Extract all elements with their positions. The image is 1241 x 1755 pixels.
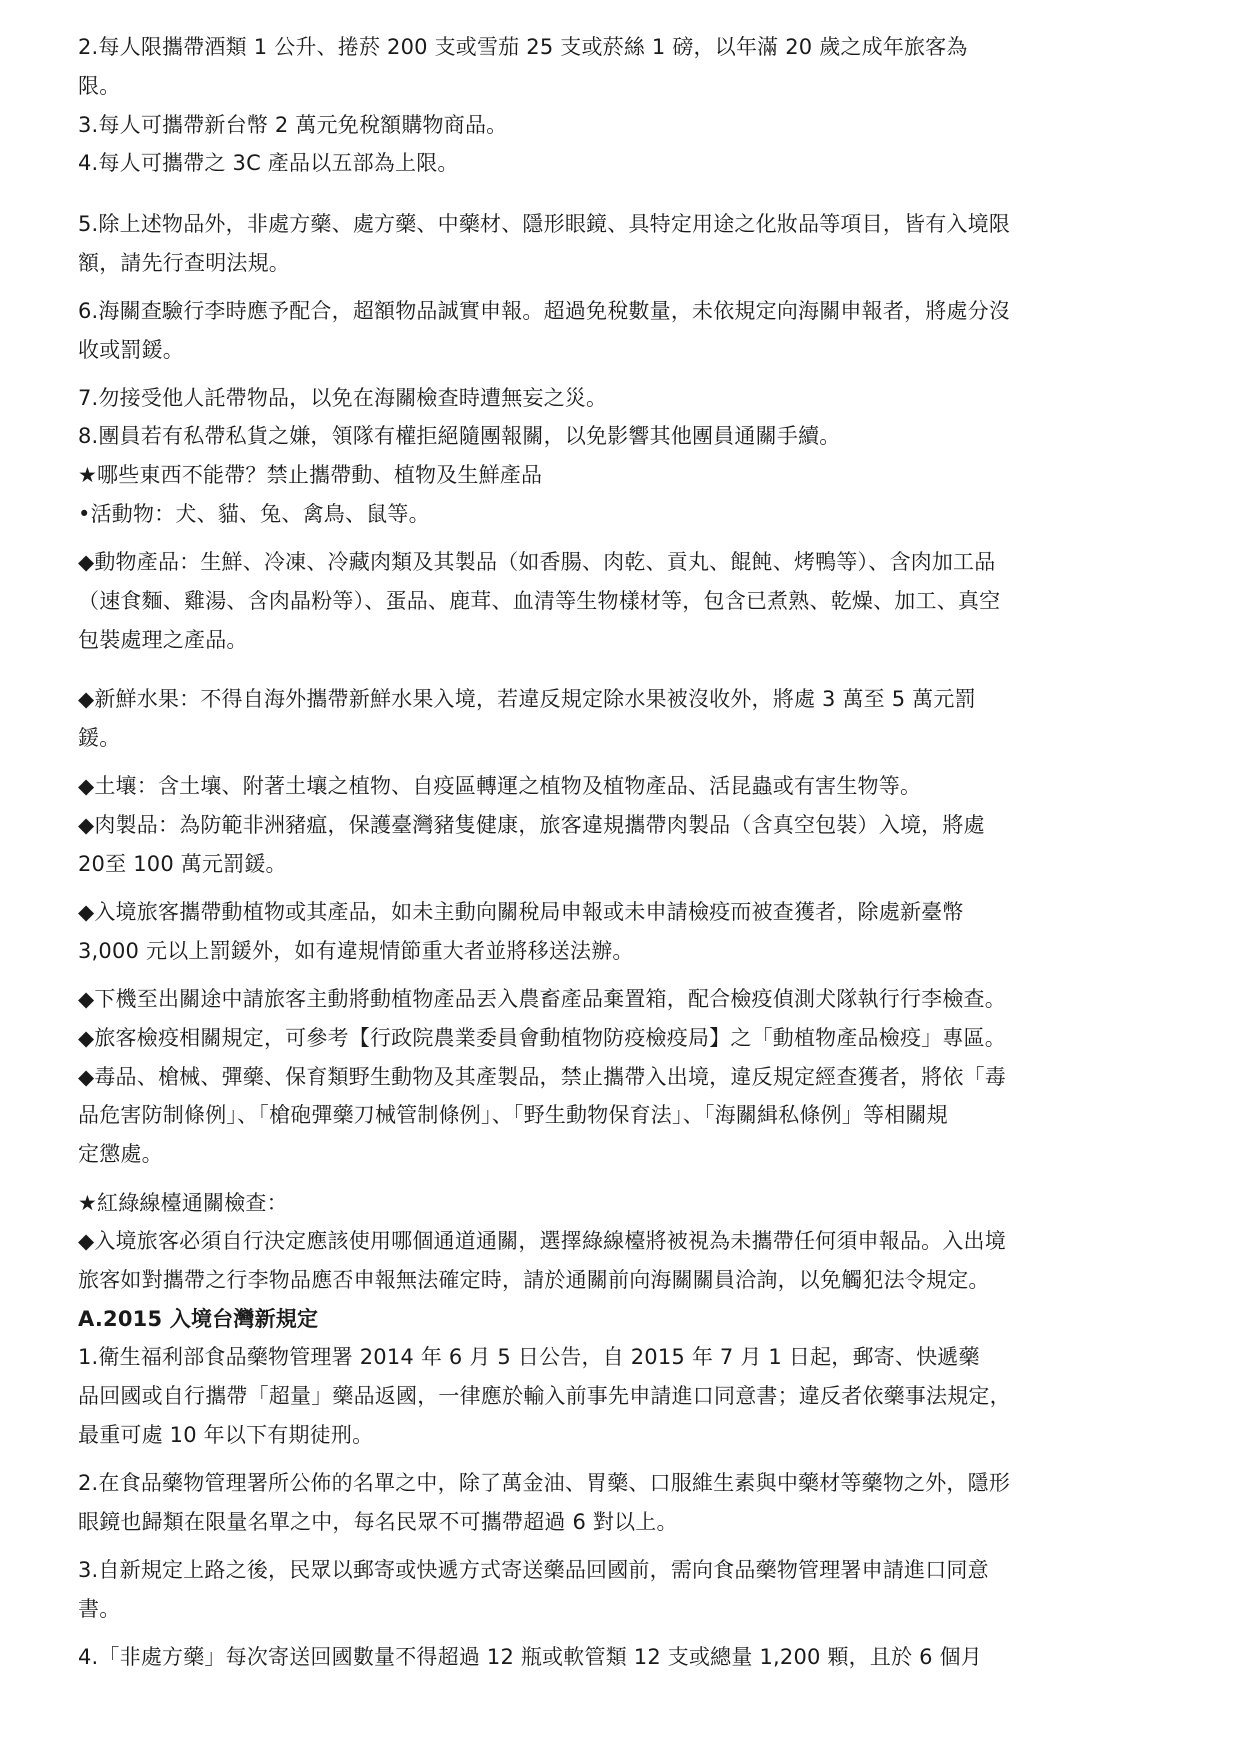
text-line: ◆肉製品：為防範非洲豬瘟，保護臺灣豬隻健康，旅客違規攜帶肉製品（含真空包裝）入境… — [78, 811, 985, 839]
text-line: 品回國或自行攜帶「超量」藥品返國，一律應於輸入前事先申請進口同意書；違反者依藥事… — [78, 1382, 1011, 1410]
text-line: 鍰。 — [78, 724, 120, 752]
text-line: 限。 — [78, 72, 120, 100]
text-line: ◆土壤：含土壤、附著土壤之植物、自疫區轉運之植物及植物產品、活昆蟲或有害生物等。 — [78, 772, 921, 800]
text-line: 3.自新規定上路之後，民眾以郵寄或快遞方式寄送藥品回國前，需向食品藥物管理署申請… — [78, 1556, 989, 1584]
text-line: 眼鏡也歸類在限量名單之中，每名民眾不可攜帶超過 6 對以上。 — [78, 1508, 678, 1536]
text-line: 8.團員若有私帶私貨之嫌，領隊有權拒絕隨團報關，以免影響其他團員通關手續。 — [78, 422, 840, 450]
text-line: ★紅綠線檯通關檢查： — [78, 1189, 288, 1217]
text-line: ◆入境旅客攜帶動植物或其產品，如未主動向關稅局申報或未申請檢疫而被查獲者，除處新… — [78, 898, 964, 926]
text-line: 2.在食品藥物管理署所公佈的名單之中，除了萬金油、胃藥、口服維生素與中藥材等藥物… — [78, 1469, 1010, 1497]
text-line: ◆下機至出關途中請旅客主動將動植物產品丟入農畜產品棄置箱，配合檢疫偵測犬隊執行行… — [78, 985, 1006, 1013]
text-line: 20至 100 萬元罰鍰。 — [78, 850, 287, 878]
text-line: 3,000 元以上罰鍰外，如有違規情節重大者並將移送法辦。 — [78, 937, 634, 965]
text-line: ◆入境旅客必須自行決定應該使用哪個通道通關，選擇綠線檯將被視為未攜帶任何須申報品… — [78, 1227, 1006, 1255]
text-line: •活動物：犬、貓、兔、禽鳥、鼠等。 — [78, 500, 430, 528]
text-line: 包裝處理之產品。 — [78, 626, 248, 654]
text-line: ★哪些東西不能帶？禁止攜帶動、植物及生鮮產品 — [78, 461, 542, 489]
text-line: 3.每人可攜帶新台幣 2 萬元免稅額購物商品。 — [78, 111, 507, 139]
text-line: 5.除上述物品外，非處方藥、處方藥、中藥材、隱形眼鏡、具特定用途之化妝品等項目，… — [78, 210, 1010, 238]
text-line: 7.勿接受他人託帶物品，以免在海關檢查時遭無妄之災。 — [78, 384, 607, 412]
text-line: 書。 — [78, 1595, 120, 1623]
text-line: 1.衛生福利部食品藥物管理署 2014 年 6 月 5 日公告，自 2015 年… — [78, 1343, 980, 1371]
text-line: 4.每人可攜帶之 3C 產品以五部為上限。 — [78, 149, 459, 177]
text-line: 旅客如對攜帶之行李物品應否申報無法確定時，請於通關前向海關關員洽詢，以免觸犯法令… — [78, 1266, 990, 1294]
text-line: 最重可處 10 年以下有期徒刑。 — [78, 1421, 373, 1449]
text-line: 6.海關查驗行李時應予配合，超額物品誠實申報。超過免稅數量，未依規定向海關申報者… — [78, 297, 1010, 325]
text-line: 額，請先行查明法規。 — [78, 249, 290, 277]
text-line: 收或罰鍰。 — [78, 336, 184, 364]
text-line: 2.每人限攜帶酒類 1 公升、捲菸 200 支或雪茄 25 支或菸絲 1 磅，以… — [78, 33, 968, 61]
text-line: ◆新鮮水果：不得自海外攜帶新鮮水果入境，若違反規定除水果被沒收外，將處 3 萬至… — [78, 685, 976, 713]
section-heading: A.2015 入境台灣新規定 — [78, 1305, 318, 1333]
text-line: ◆毒品、槍械、彈藥、保育類野生動物及其產製品，禁止攜帶入出境，違反規定經查獲者，… — [78, 1063, 1006, 1091]
text-line: 定懲處。 — [78, 1140, 163, 1168]
text-line: 品危害防制條例」、「槍砲彈藥刀械管制條例」、「野生動物保育法」、「海關緝私條例」… — [78, 1101, 948, 1129]
document-page: 2.每人限攜帶酒類 1 公升、捲菸 200 支或雪茄 25 支或菸絲 1 磅，以… — [0, 0, 1241, 1755]
text-line: ◆動物產品：生鮮、冷凍、冷藏肉類及其製品（如香腸、肉乾、貢丸、餛飩、烤鴨等）、含… — [78, 548, 995, 576]
text-line: 4.「非處方藥」每次寄送回國數量不得超過 12 瓶或軟管類 12 支或總量 1,… — [78, 1643, 982, 1671]
text-line: ◆旅客檢疫相關規定，可參考【行政院農業委員會動植物防疫檢疫局】之「動植物產品檢疫… — [78, 1024, 1006, 1052]
text-line: （速食麵、雞湯、含肉晶粉等）、蛋品、鹿茸、血清等生物樣材等，包含已煮熟、乾燥、加… — [78, 587, 1000, 615]
